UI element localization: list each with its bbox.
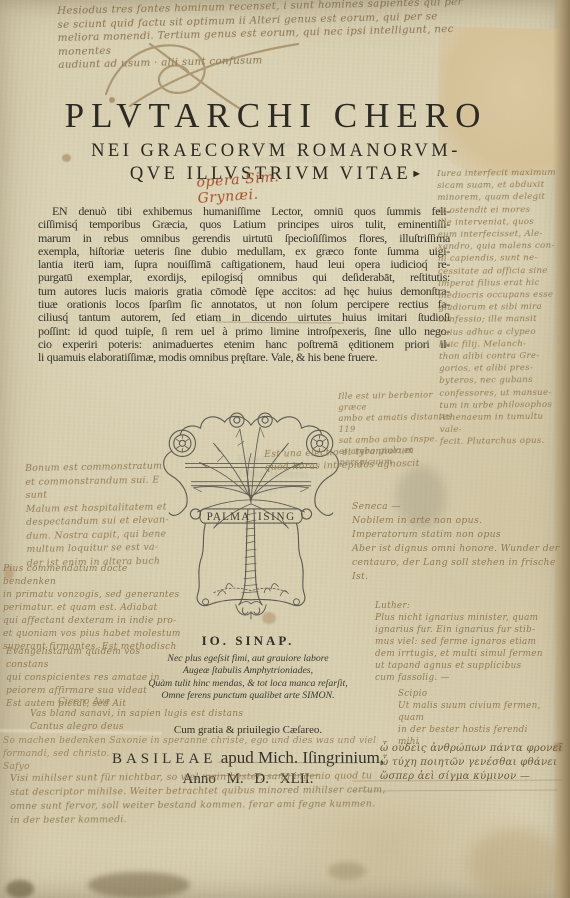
paragraph-line: tum autores lucis maioris gratia cōmodè … xyxy=(38,285,450,298)
device-banner-right: ISING xyxy=(258,511,296,523)
title-line-1: PLVTARCHI CHERO xyxy=(0,96,552,136)
paragraph-line: tiuæ orationis locos ſparſim ſic annotat… xyxy=(38,298,450,311)
marginalia-est-una: Est una electio et tyrannorum quod horas… xyxy=(264,444,455,474)
paragraph-line: li quamuis elaboratiſſimæ, modis omnibus… xyxy=(38,351,450,364)
title-line-2: NEI GRAECORVM ROMANORVM- xyxy=(0,141,552,162)
paragraph-line: EN denuò tibi exhibemus humaniſſime Lect… xyxy=(38,205,450,218)
device-banner-left: PALMA xyxy=(207,511,251,523)
preface-paragraph: EN denuò tibi exhibemus humaniſſime Lect… xyxy=(38,205,450,365)
paragraph-line: marum in rebus omnibus gerendis uirtutū … xyxy=(38,232,450,245)
marginalia-seneca: Seneca — Nobilem in arte non opus. Imper… xyxy=(352,500,567,584)
paragraph-line: cio experiri poteris: animaduertes eteni… xyxy=(38,338,450,351)
marginalia-basel: So machen bedenken Saxonie in speranne c… xyxy=(3,735,423,774)
paragraph-line: exempla, hiſtoriæ ueteris ſine dubio med… xyxy=(38,245,450,258)
paragraph-line: lantia iterū iam, ſupra nouiſſimā caſtig… xyxy=(38,258,450,271)
paper-stain xyxy=(328,862,366,880)
paragraph-line: ciſſimisq́ temporibus Græcia, quos Latiu… xyxy=(38,218,450,231)
book-title-page: Alcibiades Alexander Magnus Lyſander Eum… xyxy=(0,0,570,898)
marginalia-luther: Luther: Plus nicht ignarius minister, qu… xyxy=(375,600,570,684)
paper-stain xyxy=(6,880,34,898)
paragraph-line: poſſint: id quod tuipſe, ſi rem uel à pr… xyxy=(38,325,450,338)
marginalia-left-b: Pius commendatum docte bendenken in prim… xyxy=(3,563,183,654)
marginalia-mid-left: Vas bland sanavi, in sapien lugis est di… xyxy=(30,708,290,733)
pointer-mark: ► xyxy=(411,168,422,180)
paragraph-line: purgatū exemplar, exordijs, epilogisq́ o… xyxy=(38,271,450,284)
marginalia-left-a: Bonum est commonstratum et commonstrandu… xyxy=(25,459,177,570)
paper-stain xyxy=(88,872,190,898)
marginalia-cicero: Cicero Ave xyxy=(58,697,148,707)
marginalia-scipio: Scipio Ut malis suum civium fermen, quam… xyxy=(398,688,568,748)
marginalia-bottom: Visi mihilser sunt für nichtbar, so viel… xyxy=(10,769,490,828)
printers-device-palm: PALMA ISING xyxy=(155,407,347,621)
paper-stain xyxy=(468,828,564,898)
